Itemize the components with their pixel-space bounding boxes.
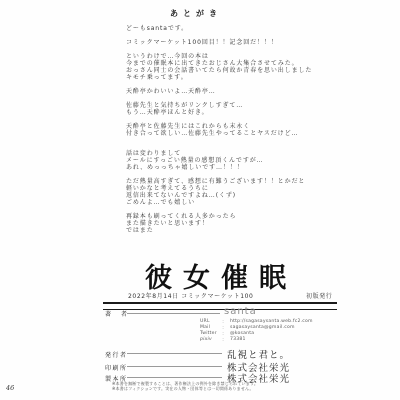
- publisher-name: 乱視と君と。: [227, 347, 290, 361]
- author-name: santa: [224, 306, 257, 317]
- publisher-row-label: 発行者: [105, 350, 128, 359]
- afterword-paragraph: 天酔亭かわいいよ…天酔亭…: [126, 88, 346, 95]
- afterword-line: 軽いかなと考えてるうちに: [126, 185, 346, 192]
- page-number: 46: [6, 384, 14, 392]
- afterword-line: あれ、めっっちゃ嬉しいです…！！！: [126, 164, 346, 171]
- afterword-line: 佐藤先生と気持ちがリンクしすぎて…: [126, 102, 346, 109]
- afterword-paragraph: 話は変わりまして メールにすっごい熱量の感想頂くんですが… あれ、めっっちゃ嬉し…: [126, 150, 346, 171]
- afterword-line: メールにすっごい熱量の感想頂くんですが…: [126, 157, 346, 164]
- afterword-line: 天酔亭かわいいよ…天酔亭…: [126, 88, 346, 95]
- printer-row-label: 印刷所: [105, 363, 128, 372]
- afterword-line: 再録本も刷ってくれる人多かったら: [126, 213, 346, 220]
- afterword-paragraph: どーもsantaです。: [126, 25, 346, 32]
- leader-line: [127, 366, 222, 367]
- afterword-title: あとがき: [170, 8, 222, 19]
- leader-line: [127, 353, 222, 354]
- book-title: 彼女催眠: [145, 256, 297, 295]
- leader-line: [127, 313, 220, 314]
- afterword-paragraph: というわけで…今回の本は 今までの催眠本に出てきたおじさん大集合させてみた。 お…: [126, 53, 346, 81]
- detail-label: pixiv: [200, 337, 222, 343]
- afterword-line: もう…天酔亭ほんと好き。: [126, 109, 346, 116]
- afterword-line: 付き合って欲しい…佐藤先生やってることヤスだけど…: [126, 130, 346, 137]
- afterword-line: また描きたいと思います！: [126, 220, 346, 227]
- afterword-line: ただ熱量高すぎて、感想に有難うございます！！とかだと: [126, 178, 346, 185]
- detail-separator: ：: [222, 337, 230, 343]
- author-detail-pixiv: pixiv ： 73381: [200, 337, 246, 343]
- leader-line: [127, 377, 222, 378]
- afterword-line: ではまた: [126, 227, 346, 234]
- afterword-line: キモチ乗ってます。: [126, 74, 346, 81]
- afterword-paragraph: 佐藤先生と気持ちがリンクしすぎて… もう…天酔亭ほんと好き。: [126, 102, 346, 116]
- edition-label: 初版発行: [306, 291, 332, 300]
- afterword-line: どーもsantaです。: [126, 25, 346, 32]
- afterword-line: コミックマーケット100回目！！記念回だ！！！: [126, 39, 346, 46]
- afterword-line: 今までの催眠本に出てきたおじさん大集合させてみた。: [126, 60, 346, 67]
- colophon-page: あとがき どーもsantaです。 コミックマーケット100回目！！記念回だ！！！…: [0, 0, 400, 400]
- afterword-body: どーもsantaです。 コミックマーケット100回目！！記念回だ！！！ というわ…: [126, 25, 346, 241]
- afterword-line: おっさん同士の会話書いてたら何故か青春を思い出しました: [126, 67, 346, 74]
- afterword-paragraph: 再録本も刷ってくれる人多かったら また描きたいと思います！ ではまた: [126, 213, 346, 234]
- disclaimer: ※本書を無断で複製することは、著作権法上の例外を除き禁じられています。 ※本書は…: [112, 382, 258, 392]
- afterword-paragraph: 天酔亭と佐藤先生にはこれからも末永く 付き合って欲しい…佐藤先生やってることヤス…: [126, 123, 346, 137]
- colophon-divider: [103, 302, 337, 310]
- afterword-line: 返信出来てないんですよね…(くず): [126, 192, 346, 199]
- afterword-line: ごめんよ…でも嬉しい: [126, 199, 346, 206]
- detail-value: 73381: [230, 337, 246, 343]
- afterword-paragraph: ただ熱量高すぎて、感想に有難うございます！！とかだと 軽いかなと考えてるうちに …: [126, 178, 346, 206]
- afterword-line: というわけで…今回の本は: [126, 53, 346, 60]
- publication-date: 2022年8月14日 コミックマーケット100: [128, 291, 253, 300]
- afterword-line: 天酔亭と佐藤先生にはこれからも末永く: [126, 123, 346, 130]
- author-row-label: 著 者: [105, 309, 129, 318]
- afterword-line: 話は変わりまして: [126, 150, 346, 157]
- disclaimer-line: ※本書はフィクションです。実在の人物・団体等とは一切関係ありません。: [112, 387, 258, 392]
- afterword-paragraph: コミックマーケット100回目！！記念回だ！！！: [126, 39, 346, 46]
